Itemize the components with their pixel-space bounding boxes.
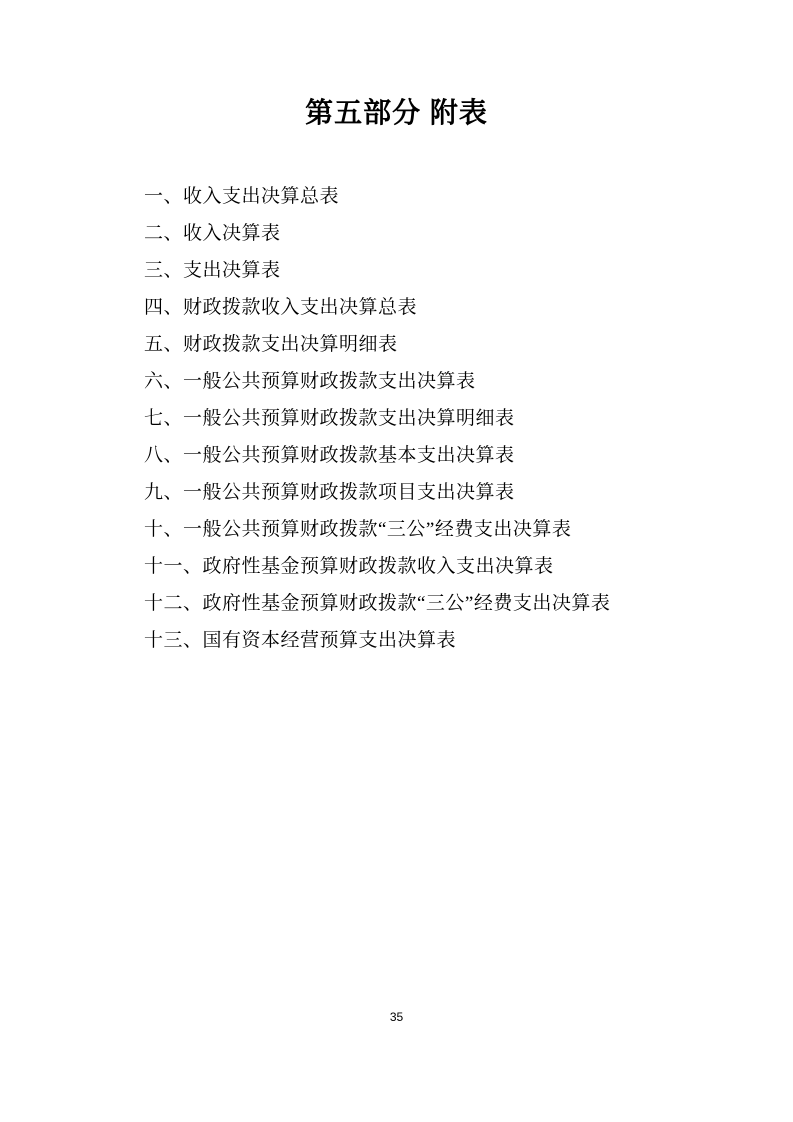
toc-item: 一、收入支出决算总表 xyxy=(144,178,733,215)
toc-item: 二、收入决算表 xyxy=(144,215,733,252)
toc-item: 四、财政拨款收入支出决算总表 xyxy=(144,289,733,326)
toc-item: 六、一般公共预算财政拨款支出决算表 xyxy=(144,363,733,400)
toc-item: 七、一般公共预算财政拨款支出决算明细表 xyxy=(144,400,733,437)
appendix-table-list: 一、收入支出决算总表 二、收入决算表 三、支出决算表 四、财政拨款收入支出决算总… xyxy=(144,178,733,659)
toc-item: 三、支出决算表 xyxy=(144,252,733,289)
toc-item: 十三、国有资本经营预算支出决算表 xyxy=(144,622,733,659)
toc-item: 十二、政府性基金预算财政拨款“三公”经费支出决算表 xyxy=(144,585,733,622)
toc-item: 八、一般公共预算财政拨款基本支出决算表 xyxy=(144,437,733,474)
toc-item: 九、一般公共预算财政拨款项目支出决算表 xyxy=(144,474,733,511)
page-number: 35 xyxy=(0,1008,793,1026)
toc-item: 五、财政拨款支出决算明细表 xyxy=(144,326,733,363)
toc-item: 十一、政府性基金预算财政拨款收入支出决算表 xyxy=(144,548,733,585)
toc-item: 十、一般公共预算财政拨款“三公”经费支出决算表 xyxy=(144,511,733,548)
document-page: 第五部分 附表 一、收入支出决算总表 二、收入决算表 三、支出决算表 四、财政拨… xyxy=(0,0,793,1122)
page-title: 第五部分 附表 xyxy=(0,96,793,130)
